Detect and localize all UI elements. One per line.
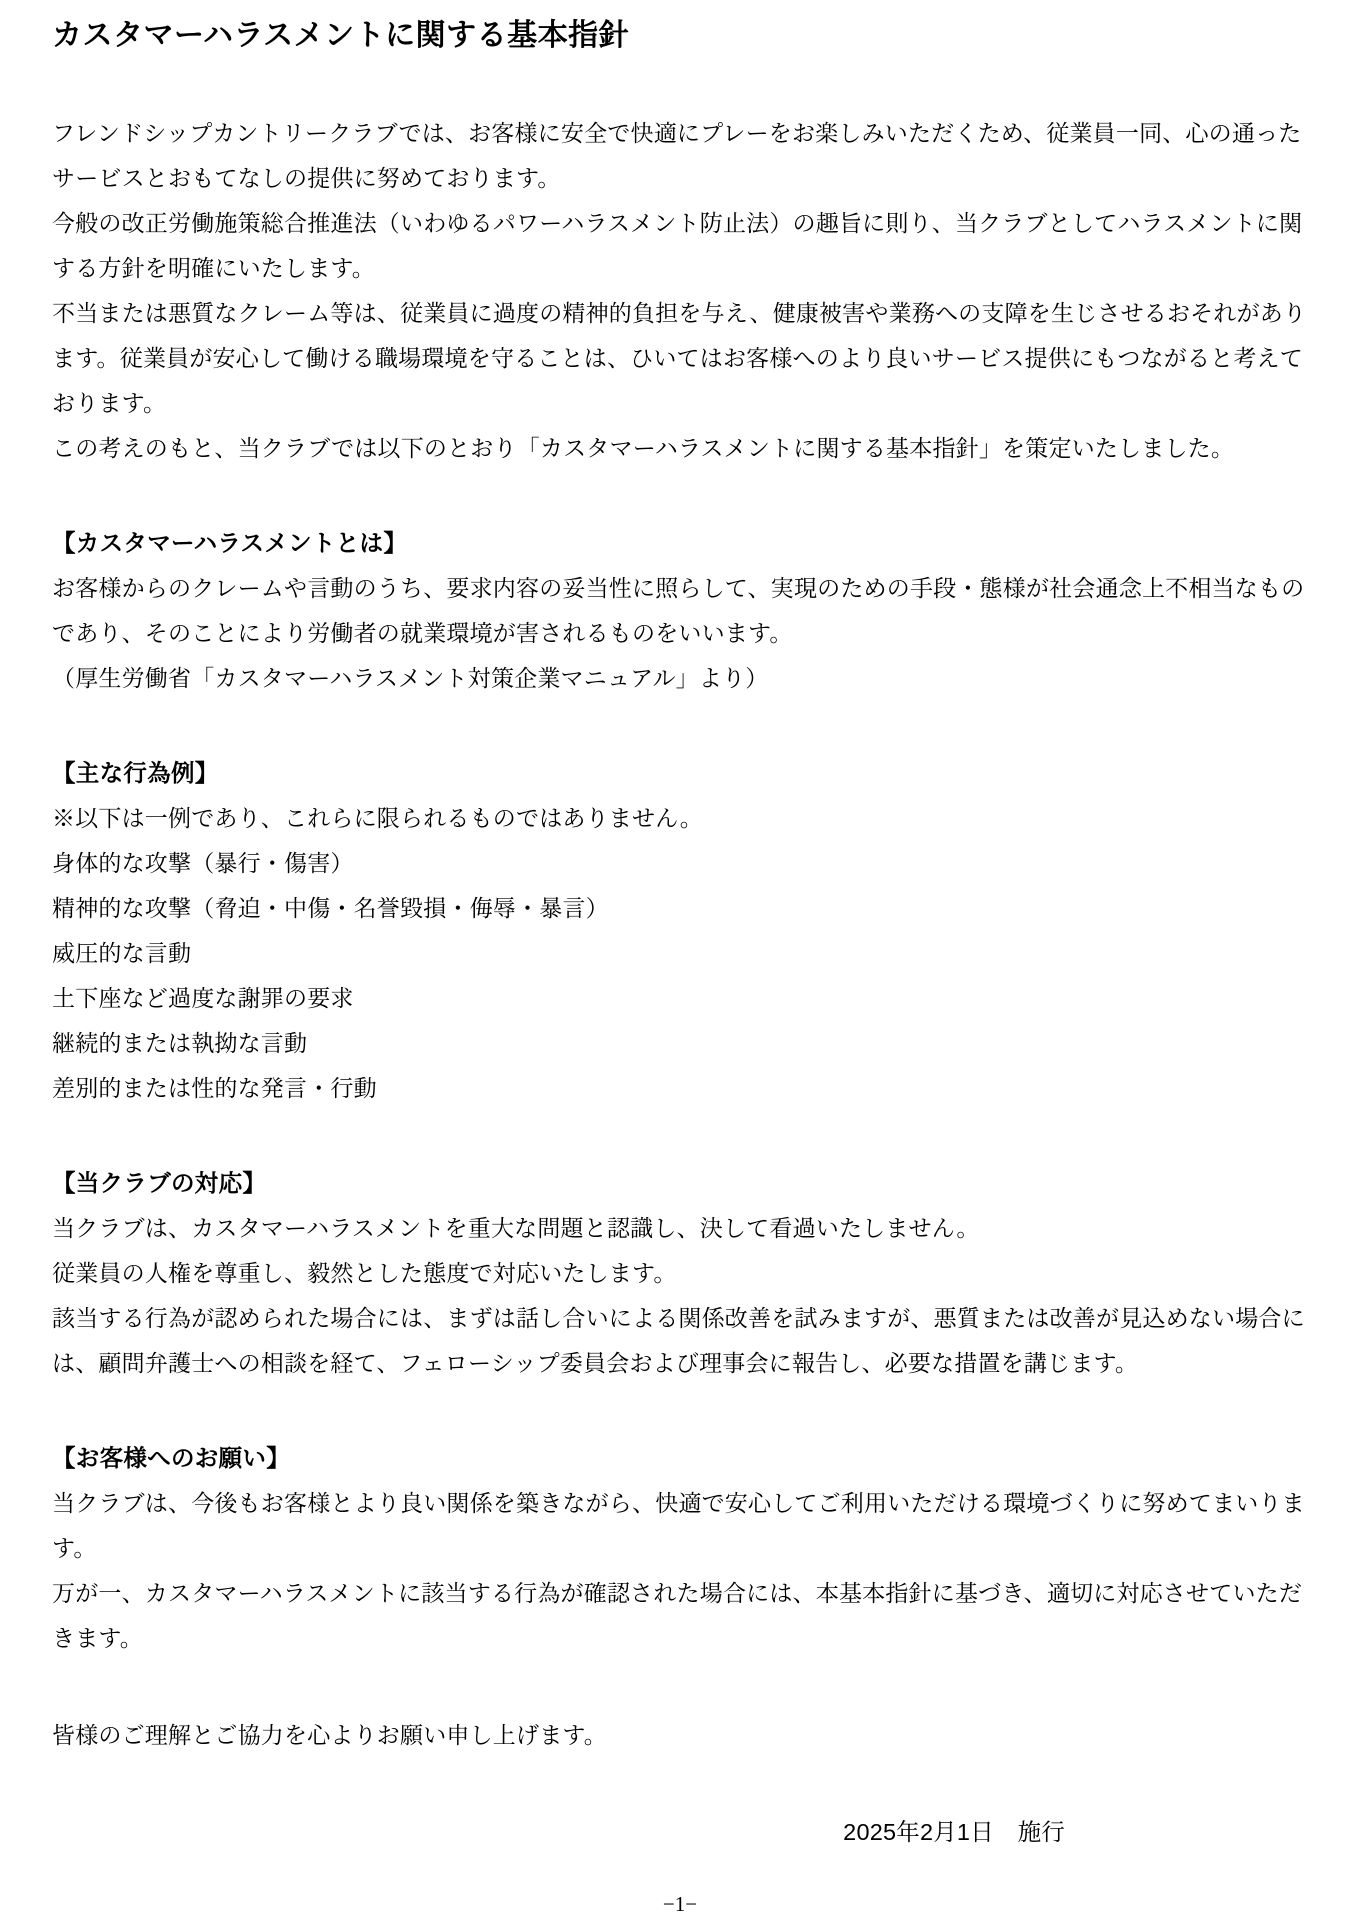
intro-paragraphs: フレンドシップカントリークラブでは、お客様に安全で快適にプレーをお楽しみいただく… — [52, 111, 1315, 471]
section-paragraph: 当クラブは、カスタマーハラスメントを重大な問題と認識し、決して看過いたしません。 — [52, 1206, 1315, 1251]
document-page: カスタマーハラスメントに関する基本指針 フレンドシップカントリークラブでは、お客… — [0, 0, 1360, 1923]
section-heading: 【当クラブの対応】 — [52, 1161, 1315, 1206]
document-section: 【当クラブの対応】当クラブは、カスタマーハラスメントを重大な問題と認識し、決して… — [52, 1161, 1315, 1386]
section-paragraph: 継続的または執拗な言動 — [52, 1021, 1315, 1066]
intro-paragraph: 不当または悪質なクレーム等は、従業員に過度の精神的負担を与え、健康被害や業務への… — [52, 291, 1315, 426]
document-section: 【主な行為例】※以下は一例であり、これらに限られるものではありません。身体的な攻… — [52, 751, 1315, 1111]
document-section: 【カスタマーハラスメントとは】お客様からのクレームや言動のうち、要求内容の妥当性… — [52, 521, 1315, 701]
intro-paragraph: フレンドシップカントリークラブでは、お客様に安全で快適にプレーをお楽しみいただく… — [52, 111, 1315, 201]
section-paragraph: 土下座など過度な謝罪の要求 — [52, 976, 1315, 1021]
document-section: 【お客様へのお願い】当クラブは、今後もお客様とより良い関係を築きながら、快適で安… — [52, 1436, 1315, 1661]
section-paragraph: お客様からのクレームや言動のうち、要求内容の妥当性に照らして、実現のための手段・… — [52, 566, 1315, 656]
section-paragraph: 差別的または性的な発言・行動 — [52, 1066, 1315, 1111]
section-paragraph: 当クラブは、今後もお客様とより良い関係を築きながら、快適で安心してご利用いただけ… — [52, 1481, 1315, 1571]
section-paragraph: ※以下は一例であり、これらに限られるものではありません。 — [52, 796, 1315, 841]
section-paragraph: 万が一、カスタマーハラスメントに該当する行為が確認された場合には、本基本指針に基… — [52, 1571, 1315, 1661]
intro-paragraph: 今般の改正労働施策総合推進法（いわゆるパワーハラスメント防止法）の趣旨に則り、当… — [52, 201, 1315, 291]
section-paragraph: 精神的な攻撃（脅迫・中傷・名誉毀損・侮辱・暴言） — [52, 886, 1315, 931]
section-heading: 【主な行為例】 — [52, 751, 1315, 796]
section-heading: 【カスタマーハラスメントとは】 — [52, 521, 1315, 566]
section-paragraph: 従業員の人権を尊重し、毅然とした態度で対応いたします。 — [52, 1251, 1315, 1296]
section-paragraph: （厚生労働省「カスタマーハラスメント対策企業マニュアル」より） — [52, 656, 1315, 701]
sections: 【カスタマーハラスメントとは】お客様からのクレームや言動のうち、要求内容の妥当性… — [52, 521, 1315, 1661]
closing-line: 皆様のご理解とご協力を心よりお願い申し上げます。 — [52, 1713, 1315, 1758]
page-number: −1− — [0, 1891, 1360, 1917]
section-paragraph: 該当する行為が認められた場合には、まずは話し合いによる関係改善を試みますが、悪質… — [52, 1296, 1315, 1386]
section-paragraph: 身体的な攻撃（暴行・傷害） — [52, 841, 1315, 886]
document-title: カスタマーハラスメントに関する基本指針 — [52, 13, 1315, 59]
effective-date: 2025年2月1日 施行 — [52, 1810, 1315, 1855]
section-heading: 【お客様へのお願い】 — [52, 1436, 1315, 1481]
intro-paragraph: この考えのもと、当クラブでは以下のとおり「カスタマーハラスメントに関する基本指針… — [52, 426, 1315, 471]
section-paragraph: 威圧的な言動 — [52, 931, 1315, 976]
